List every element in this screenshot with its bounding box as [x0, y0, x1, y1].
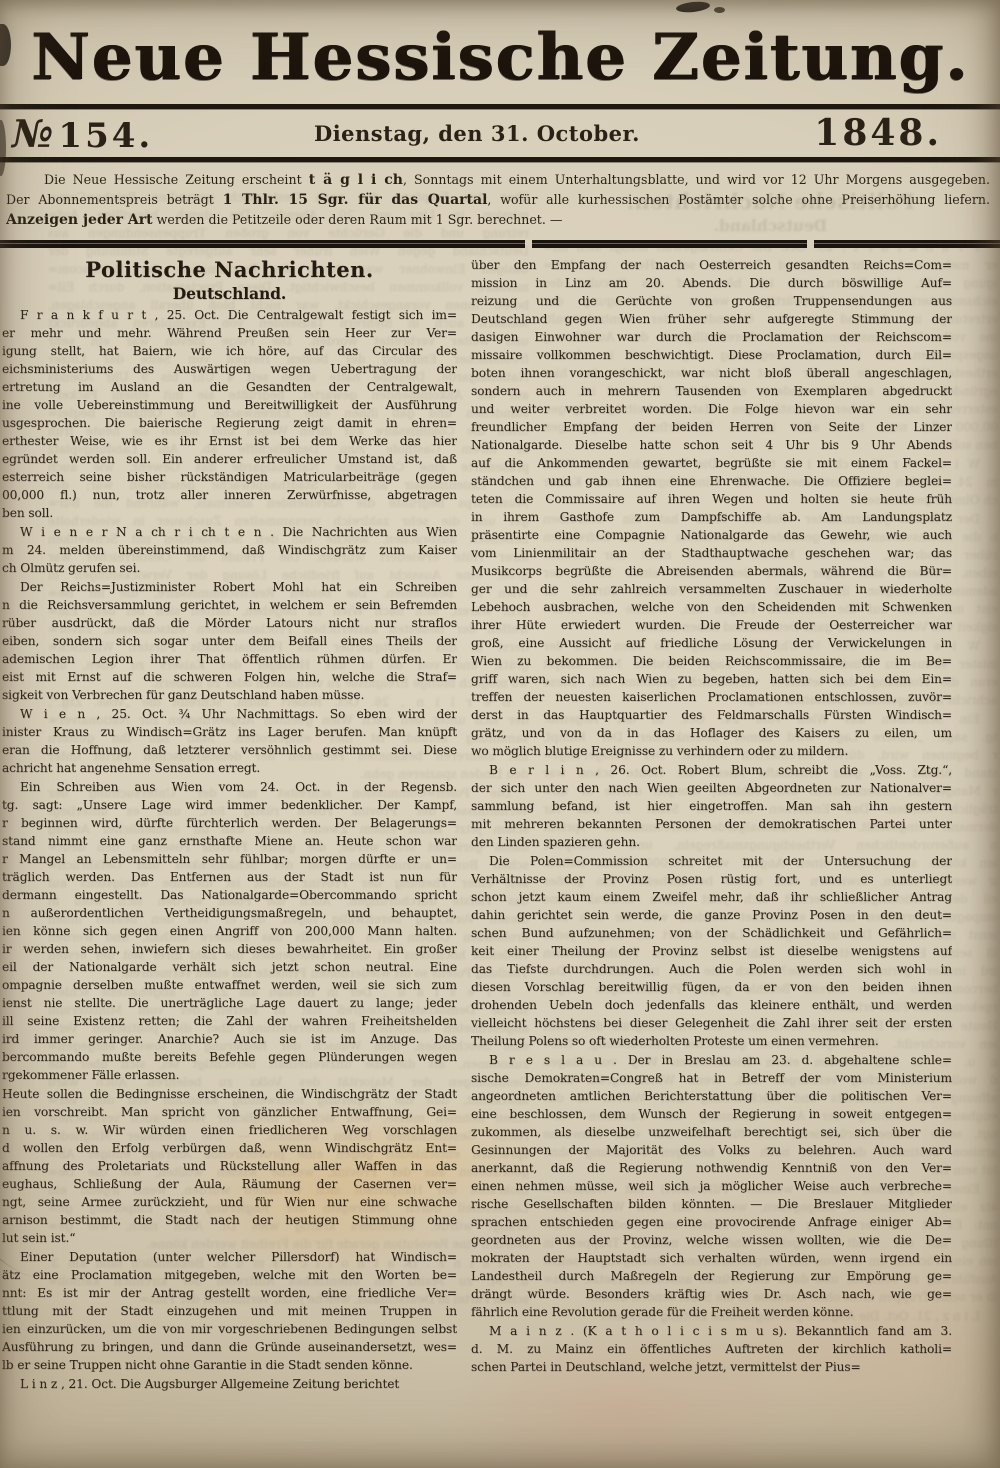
text-line: anerkannt, daß die Regierung nothwendig … [471, 1159, 952, 1177]
text-line: boten ihnen vorangeschickt, war nicht bl… [471, 364, 952, 382]
text-line: der sich unter den nach Wien geeilten Ab… [471, 779, 952, 797]
text-line: eil der Nationalgarde verhält sich jetzt… [2, 958, 457, 976]
text-line: dasigen Einwohner war durch die Proclama… [471, 328, 952, 346]
text-line: groß, eine Aussicht auf friedliche Lösun… [471, 634, 952, 652]
issue-number: № 154. [0, 111, 312, 156]
issue-number-value: 154. [58, 116, 153, 156]
left-paragraphs: F r a n k f u r t , 25. Oct. Die Central… [2, 306, 457, 1393]
text-line: M a i n z . (K a t h o l i c i s m u s).… [471, 1322, 952, 1340]
text-line: eran die Hoffnung, daß letzterer versöhn… [2, 741, 457, 759]
text-line: Der Reichs=Justizminister Robert Mohl ha… [2, 578, 457, 596]
text-line: Deutschland gegen Wien früher sehr aufge… [471, 310, 952, 328]
text-line: ien könne sich gegen einen Angriff von 2… [2, 922, 457, 940]
issue-year: 1848. [642, 112, 1000, 154]
text-line: er mehr und mehr. Während Preußen sein H… [2, 324, 457, 342]
imprint-text: werden die Petitzeile oder deren Raum mi… [153, 212, 563, 227]
text-line: Gesinnungen der Majorität des Volks zu b… [471, 1141, 952, 1159]
text-line: Ein Schreiben aus Wien vom 24. Oct. in d… [2, 778, 457, 796]
text-line: dahin gerichtet sein werde, die ganze Pr… [471, 906, 952, 924]
paragraph: W i e n , 25. Oct. ¾ Uhr Nachmittags. So… [2, 705, 457, 777]
text-line: schen Bund aufzunehmen; von der Schädlic… [471, 924, 952, 942]
imprint-line-3: Anzeigen jeder Art werden die Petitzeile… [6, 210, 990, 230]
text-line: geordneten aus der Provinz, welche wisse… [471, 1231, 952, 1249]
text-line: drängt würde. Besonders kräftig wies Dr.… [471, 1285, 952, 1303]
text-line: ngt, seine Armee zurückzieht, und für Wi… [2, 1193, 457, 1211]
paragraph: W i e n e r N a ch r i ch t e n . Die Na… [2, 523, 457, 577]
paragraph: Einer Deputation (unter welcher Pillersd… [2, 1248, 457, 1374]
text-line: ertretung im Ausland an die Gesandten de… [2, 378, 457, 396]
text-line: schon jetzt kaum einem Zweifel mehr, daß… [471, 888, 952, 906]
numero-sign: № [12, 111, 53, 156]
text-line: eichsministeriums des Auswärtigen wegen … [2, 360, 457, 378]
text-line: eist mit Ernst auf die schweren Folgen h… [2, 668, 457, 686]
text-line: sigkeit von Verbrechen für ganz Deutschl… [2, 686, 457, 704]
text-line: ger und die sehr zahlreich versammelten … [471, 580, 952, 598]
text-line: derst in das Hauptquartier des Feldmarsc… [471, 706, 952, 724]
text-line: ch Olmütz gerufen sei. [2, 559, 457, 577]
text-line: r beginnen wird, dürfte fürchterlich wer… [2, 814, 457, 832]
text-line: W i e n , 25. Oct. ¾ Uhr Nachmittags. So… [2, 705, 457, 723]
rule-segment [0, 240, 525, 248]
text-line: 00,000 fl.) nun, trotz aller inneren Zer… [2, 486, 457, 504]
text-line: auf die Ankommenden gewartet, begrüßte s… [471, 454, 952, 472]
text-line: sondern auch in mehrern Tausenden von Ex… [471, 382, 952, 400]
text-line: tg. sagt: „Unsere Lage wird immer bedenk… [2, 796, 457, 814]
text-line: träglich werden. Das Entfernen aus der S… [2, 868, 457, 886]
rule-segment [814, 240, 1000, 248]
text-line: ird immer geringer. Anarchie? Auch sie i… [2, 1030, 457, 1048]
text-line: ademischen Legion ihrer That öffentlich … [2, 650, 457, 668]
ink-speck [714, 7, 725, 13]
text-line: Einer Deputation (unter welcher Pillersd… [2, 1248, 457, 1266]
text-line: Musikcorps begrüßte die Abreisenden aber… [471, 562, 952, 580]
masthead-title: Neue Hessische Zeitung. [0, 0, 1000, 104]
text-line: mission in Linz am 20. Abends. Die durch… [471, 274, 952, 292]
text-line: rgekommener Fälle erlassen. [2, 1066, 457, 1084]
text-line: arnison bestimmt, die Stadt nach der heu… [2, 1211, 457, 1229]
issue-date: Dienstag, den 31. October. [312, 121, 642, 146]
text-line: d. M. zu Mainz ein öffentliches Auftrete… [471, 1340, 952, 1358]
text-line: bercommando mußte bereits Befehle gegen … [2, 1048, 457, 1066]
text-line: Theilung Polens so oft wiederholten Prot… [471, 1032, 952, 1050]
text-line: Ausführung zu bringen, und dann die Grün… [2, 1338, 457, 1356]
text-line: B r e s l a u . Der in Breslau am 23. d.… [471, 1051, 952, 1069]
paragraph: B r e s l a u . Der in Breslau am 23. d.… [471, 1051, 952, 1321]
paragraph: Der Reichs=Justizminister Robert Mohl ha… [2, 578, 457, 704]
text-line: stand nimmt eine ganz ernsthafte Miene a… [2, 832, 457, 850]
imprint-line-1: Die Neue Hessische Zeitung erscheint t ä… [6, 170, 990, 190]
paragraph: über den Empfang der nach Oesterreich ge… [471, 256, 952, 760]
text-line: missaire vollkommen beschwichtigt. Diese… [471, 346, 952, 364]
text-line: ien vorschreibt. Man spricht von gänzlic… [2, 1103, 457, 1121]
subsection-title: Deutschland. [2, 283, 457, 304]
text-line: ienst nie stellte. Die unerträgliche Lag… [2, 994, 457, 1012]
text-line: eiben, sondern sich sogar unter dem Beif… [2, 632, 457, 650]
text-line: nnt: Es ist mir der Antrag gestellt word… [2, 1284, 457, 1302]
text-line: Lebehoch ausbrachen, welche von den Sche… [471, 598, 952, 616]
text-line: sprachen entschieden gegen eine provocir… [471, 1213, 952, 1231]
text-line: esterreich seine bisher rückständigen Ma… [2, 468, 457, 486]
text-line: lut sein ist.“ [2, 1229, 457, 1247]
text-line: ben soll. [2, 504, 457, 522]
text-line: egründet werden soll. Ein anderer erfreu… [2, 450, 457, 468]
issue-row: № 154. Dienstag, den 31. October. 1848. [0, 109, 1000, 157]
text-line: das Tiefste durchdrungen. Auch die Polen… [471, 960, 952, 978]
text-line: eughaus, Schließung der Aula, Räumung de… [2, 1175, 457, 1193]
imprint-text: Der Abonnementspreis beträgt [6, 192, 223, 207]
text-line: usgesprochen. Die baierische Regierung z… [2, 414, 457, 432]
text-line: igung stellt, hat Baiern, wie ich höre, … [2, 342, 457, 360]
imprint-text: , wofür alle kurhessischen Postämter sol… [487, 192, 990, 207]
text-line: Landestheil durch Maßregeln der Regierun… [471, 1267, 952, 1285]
text-line: grätz, und von da in das Hoflager des Ka… [471, 724, 952, 742]
text-line: lb er seine Truppen nicht ohne Garantie … [2, 1356, 457, 1374]
paragraph: F r a n k f u r t , 25. Oct. Die Central… [2, 306, 457, 522]
text-line: Heute sollen die Bedingnisse erscheinen,… [2, 1085, 457, 1103]
text-line: L i n z , 21. Oct. Die Augsburger Allgem… [2, 1375, 457, 1393]
imprint-text: , Sonntags mit einem Unterhaltungsblatte… [403, 172, 990, 187]
text-line: ttlung mit der Stadt einzugehen und mit … [2, 1302, 457, 1320]
text-line: eine beschlossen, dem Wunsch der Regieru… [471, 1105, 952, 1123]
text-line: m 24. melden übereinstimmend, daß Windis… [2, 541, 457, 559]
text-line: ill seine Existenz retten; die Zahl der … [2, 1012, 457, 1030]
column-left: Politische Nachrichten. Deutschland. F r… [2, 256, 457, 1394]
newspaper-page: Politische Nachrichten. Deutschland. F r… [0, 0, 1000, 1468]
section-title: Politische Nachrichten. [2, 256, 457, 283]
text-line: vom Linienmilitair an der Stadthauptwach… [471, 544, 952, 562]
paragraph: M a i n z . (K a t h o l i c i s m u s).… [471, 1322, 952, 1376]
text-line: Wien zu bekommen. Die beiden Reichscommi… [471, 652, 952, 670]
divider-rule-segmented [0, 240, 1000, 248]
text-line: einen nehmen müsse, weil sich ja möglich… [471, 1177, 952, 1195]
text-line: angeordneten amtlichen Berichterstattung… [471, 1087, 952, 1105]
text-line: treffen der neuesten kaiserlichen Procla… [471, 688, 952, 706]
right-paragraphs: über den Empfang der nach Oesterreich ge… [471, 256, 952, 1376]
text-line: teten die Commissaire auf ihren Wegen un… [471, 490, 952, 508]
imprint-bold-taeglich: t ä g l i ch [309, 172, 403, 188]
text-line: erthester Weise, wie es ihr Ernst ist be… [2, 432, 457, 450]
paragraph: Ein Schreiben aus Wien vom 24. Oct. in d… [2, 778, 457, 1084]
paragraph: Heute sollen die Bedingnisse erscheinen,… [2, 1085, 457, 1247]
text-line: sische Demokraten=Congreß hat in Betreff… [471, 1069, 952, 1087]
text-line: freundlicher Empfang der beiden Herren v… [471, 418, 952, 436]
text-line: achricht hat angenehme Sensation erregt. [2, 759, 457, 777]
text-line: vielleicht höchstens bei dieser Gelegenh… [471, 1014, 952, 1032]
text-line: schen Partei in Deutschland, welche jetz… [471, 1358, 952, 1376]
text-line: ir werden sehen, inwiefern sich dieses b… [2, 940, 457, 958]
page-content: Neue Hessische Zeitung. № 154. Dienstag,… [0, 0, 1000, 1394]
text-line: Die Polen=Commission schreitet mit der U… [471, 852, 952, 870]
paragraph: L i n z , 21. Oct. Die Augsburger Allgem… [2, 1375, 457, 1393]
paragraph: Die Polen=Commission schreitet mit der U… [471, 852, 952, 1050]
imprint-line-2: Der Abonnementspreis beträgt 1 Thlr. 15 … [6, 190, 990, 210]
text-line: wo möglich blutige Ereignisse zu verhind… [471, 742, 952, 760]
text-line: Verhältnisse der Provinz Posen rüstig fo… [471, 870, 952, 888]
imprint-bold-price: 1 Thlr. 15 Sgr. für das Quartal [223, 192, 488, 208]
text-line: zukommen, als dieselbe unzweifelhaft ber… [471, 1123, 952, 1141]
text-line: den Linden spazieren gehn. [471, 833, 952, 851]
text-line: F r a n k f u r t , 25. Oct. Die Central… [2, 306, 457, 324]
columns: Politische Nachrichten. Deutschland. F r… [0, 248, 1000, 1394]
text-line: mokraten der Hauptstadt sich verhalten w… [471, 1249, 952, 1267]
paragraph: B e r l i n , 26. Oct. Robert Blum, schr… [471, 761, 952, 851]
imprint-text: Die Neue Hessische Zeitung erscheint [44, 172, 309, 187]
imprint-bold-anzeigen: Anzeigen jeder Art [6, 212, 153, 228]
text-line: sammlung befand, ist hier eingetroffen. … [471, 797, 952, 815]
text-line: W i e n e r N a ch r i ch t e n . Die Na… [2, 523, 457, 541]
text-line: ien einzurücken, um die von mir vorgesch… [2, 1320, 457, 1338]
text-line: ätz eine Proclamation mitgegeben, welche… [2, 1266, 457, 1284]
text-line: dermann eingestellt. Das Nationalgarde=O… [2, 886, 457, 904]
text-line: Nationalgarde. Dieselbe hatte schon seit… [471, 436, 952, 454]
text-line: ompagnie derselben mußte entwaffnet werd… [2, 976, 457, 994]
text-line: in ihrem Gasthofe zum Dampfschiffe ab. A… [471, 508, 952, 526]
text-line: präsentirte eine Compagnie Nationalgarde… [471, 526, 952, 544]
text-line: ine volle Uebereinstimmung und Bereitwil… [2, 396, 457, 414]
text-line: rische Gesellschaften bilden könnten. — … [471, 1195, 952, 1213]
text-line: ihrer Hüte erwiedert wurden. Die Freude … [471, 616, 952, 634]
text-line: r Mangel an Lebensmitteln sehr fühlbar; … [2, 850, 457, 868]
text-line: diesen Vorschlag bereitwillig fügen, da … [471, 978, 952, 996]
column-right: über den Empfang der nach Oesterreich ge… [471, 256, 952, 1394]
text-line: B e r l i n , 26. Oct. Robert Blum, schr… [471, 761, 952, 779]
rule-segment [532, 240, 807, 248]
text-line: reizung und die Gerüchte von großen Trup… [471, 292, 952, 310]
text-line: griff waren, sich nach Wien zu begeben, … [471, 670, 952, 688]
text-line: n die Reichsversammlung gerichtet, in we… [2, 596, 457, 614]
text-line: fährlich eine Revolution gerade für die … [471, 1303, 952, 1321]
text-line: über den Empfang der nach Oesterreich ge… [471, 256, 952, 274]
text-line: mit mehreren bekannten Personen der demo… [471, 815, 952, 833]
text-line: inister Kraus zu Windisch=Grätz ins Lage… [2, 723, 457, 741]
text-line: keit einer Theilung der Provinz selbst i… [471, 942, 952, 960]
text-line: und weiter verbreitet worden. Die Folge … [471, 400, 952, 418]
text-line: rüber ausdrückt, daß die Mörder Latours … [2, 614, 457, 632]
imprint: Die Neue Hessische Zeitung erscheint t ä… [0, 162, 1000, 235]
text-line: ständchen und gab ihnen eine Ehrenwache.… [471, 472, 952, 490]
text-line: drohenden Uebeln doch jedenfalls das kle… [471, 996, 952, 1014]
text-line: n außerordentlichen Vertheidigungsmaßreg… [2, 904, 457, 922]
